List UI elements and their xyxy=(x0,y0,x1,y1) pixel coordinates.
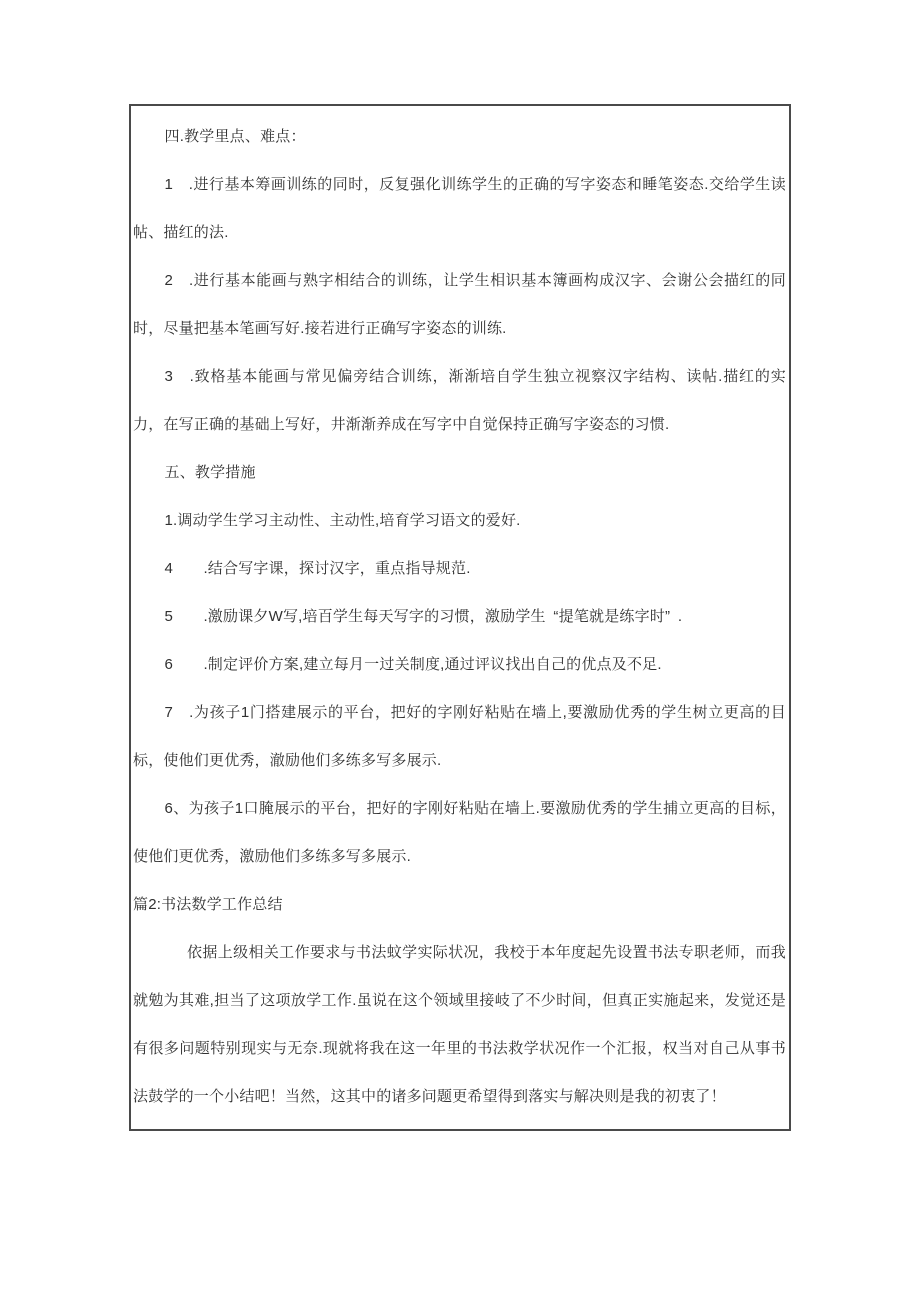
paragraph: 4 .结合写字课，探讨汉字，重点指导规范. xyxy=(133,545,786,593)
paragraph: 5 .激励课夕W写,培百学生每天写字的习惯，激励学生 “提笔就是练字时” . xyxy=(133,593,786,641)
paragraph: 7 .为孩子1门搭建展示的平台，把好的字刚好粘贴在墙上,要激励优秀的学生树立更高… xyxy=(133,689,786,785)
page: { "page": { "background": "#ffffff" }, "… xyxy=(0,0,920,1301)
paragraph: 1 .进行基本筹画训练的同时，反复强化训练学生的正确的写字姿态和睡笔姿态.交给学… xyxy=(133,161,786,257)
document-table-cell: 四.教学里点、难点： 1 .进行基本筹画训练的同时，反复强化训练学生的正确的写字… xyxy=(129,104,791,1131)
section-heading: 四.教学里点、难点： xyxy=(133,113,786,161)
paragraph: 6 .制定评价方案,建立每月一过关制度,通过评议找出自己的优点及不足. xyxy=(133,641,786,689)
section-heading: 五、教学措施 xyxy=(133,449,786,497)
paragraph: 依据上级相关工作要求与书法蚊学实际状况，我校于本年度起先设置书法专职老师，而我就… xyxy=(133,929,786,1121)
paragraph: 6、为孩子1口腌展示的平台，把好的字刚好粘贴在墙上.要激励优秀的学生捕立更高的目… xyxy=(133,785,786,881)
paragraph: 3 .致格基本能画与常见偏旁结合训练，渐渐培自学生独立视察汉字结构、读帖.描红的… xyxy=(133,353,786,449)
section-heading: 篇2:书法数学工作总结 xyxy=(133,881,786,929)
paragraph: 1.调动学生学习主动性、主动性,培育学习语文的爱好. xyxy=(133,497,786,545)
paragraph: 2 .进行基本能画与熟字相结合的训练，让学生相识基本簿画构成汉字、会谢公会描红的… xyxy=(133,257,786,353)
